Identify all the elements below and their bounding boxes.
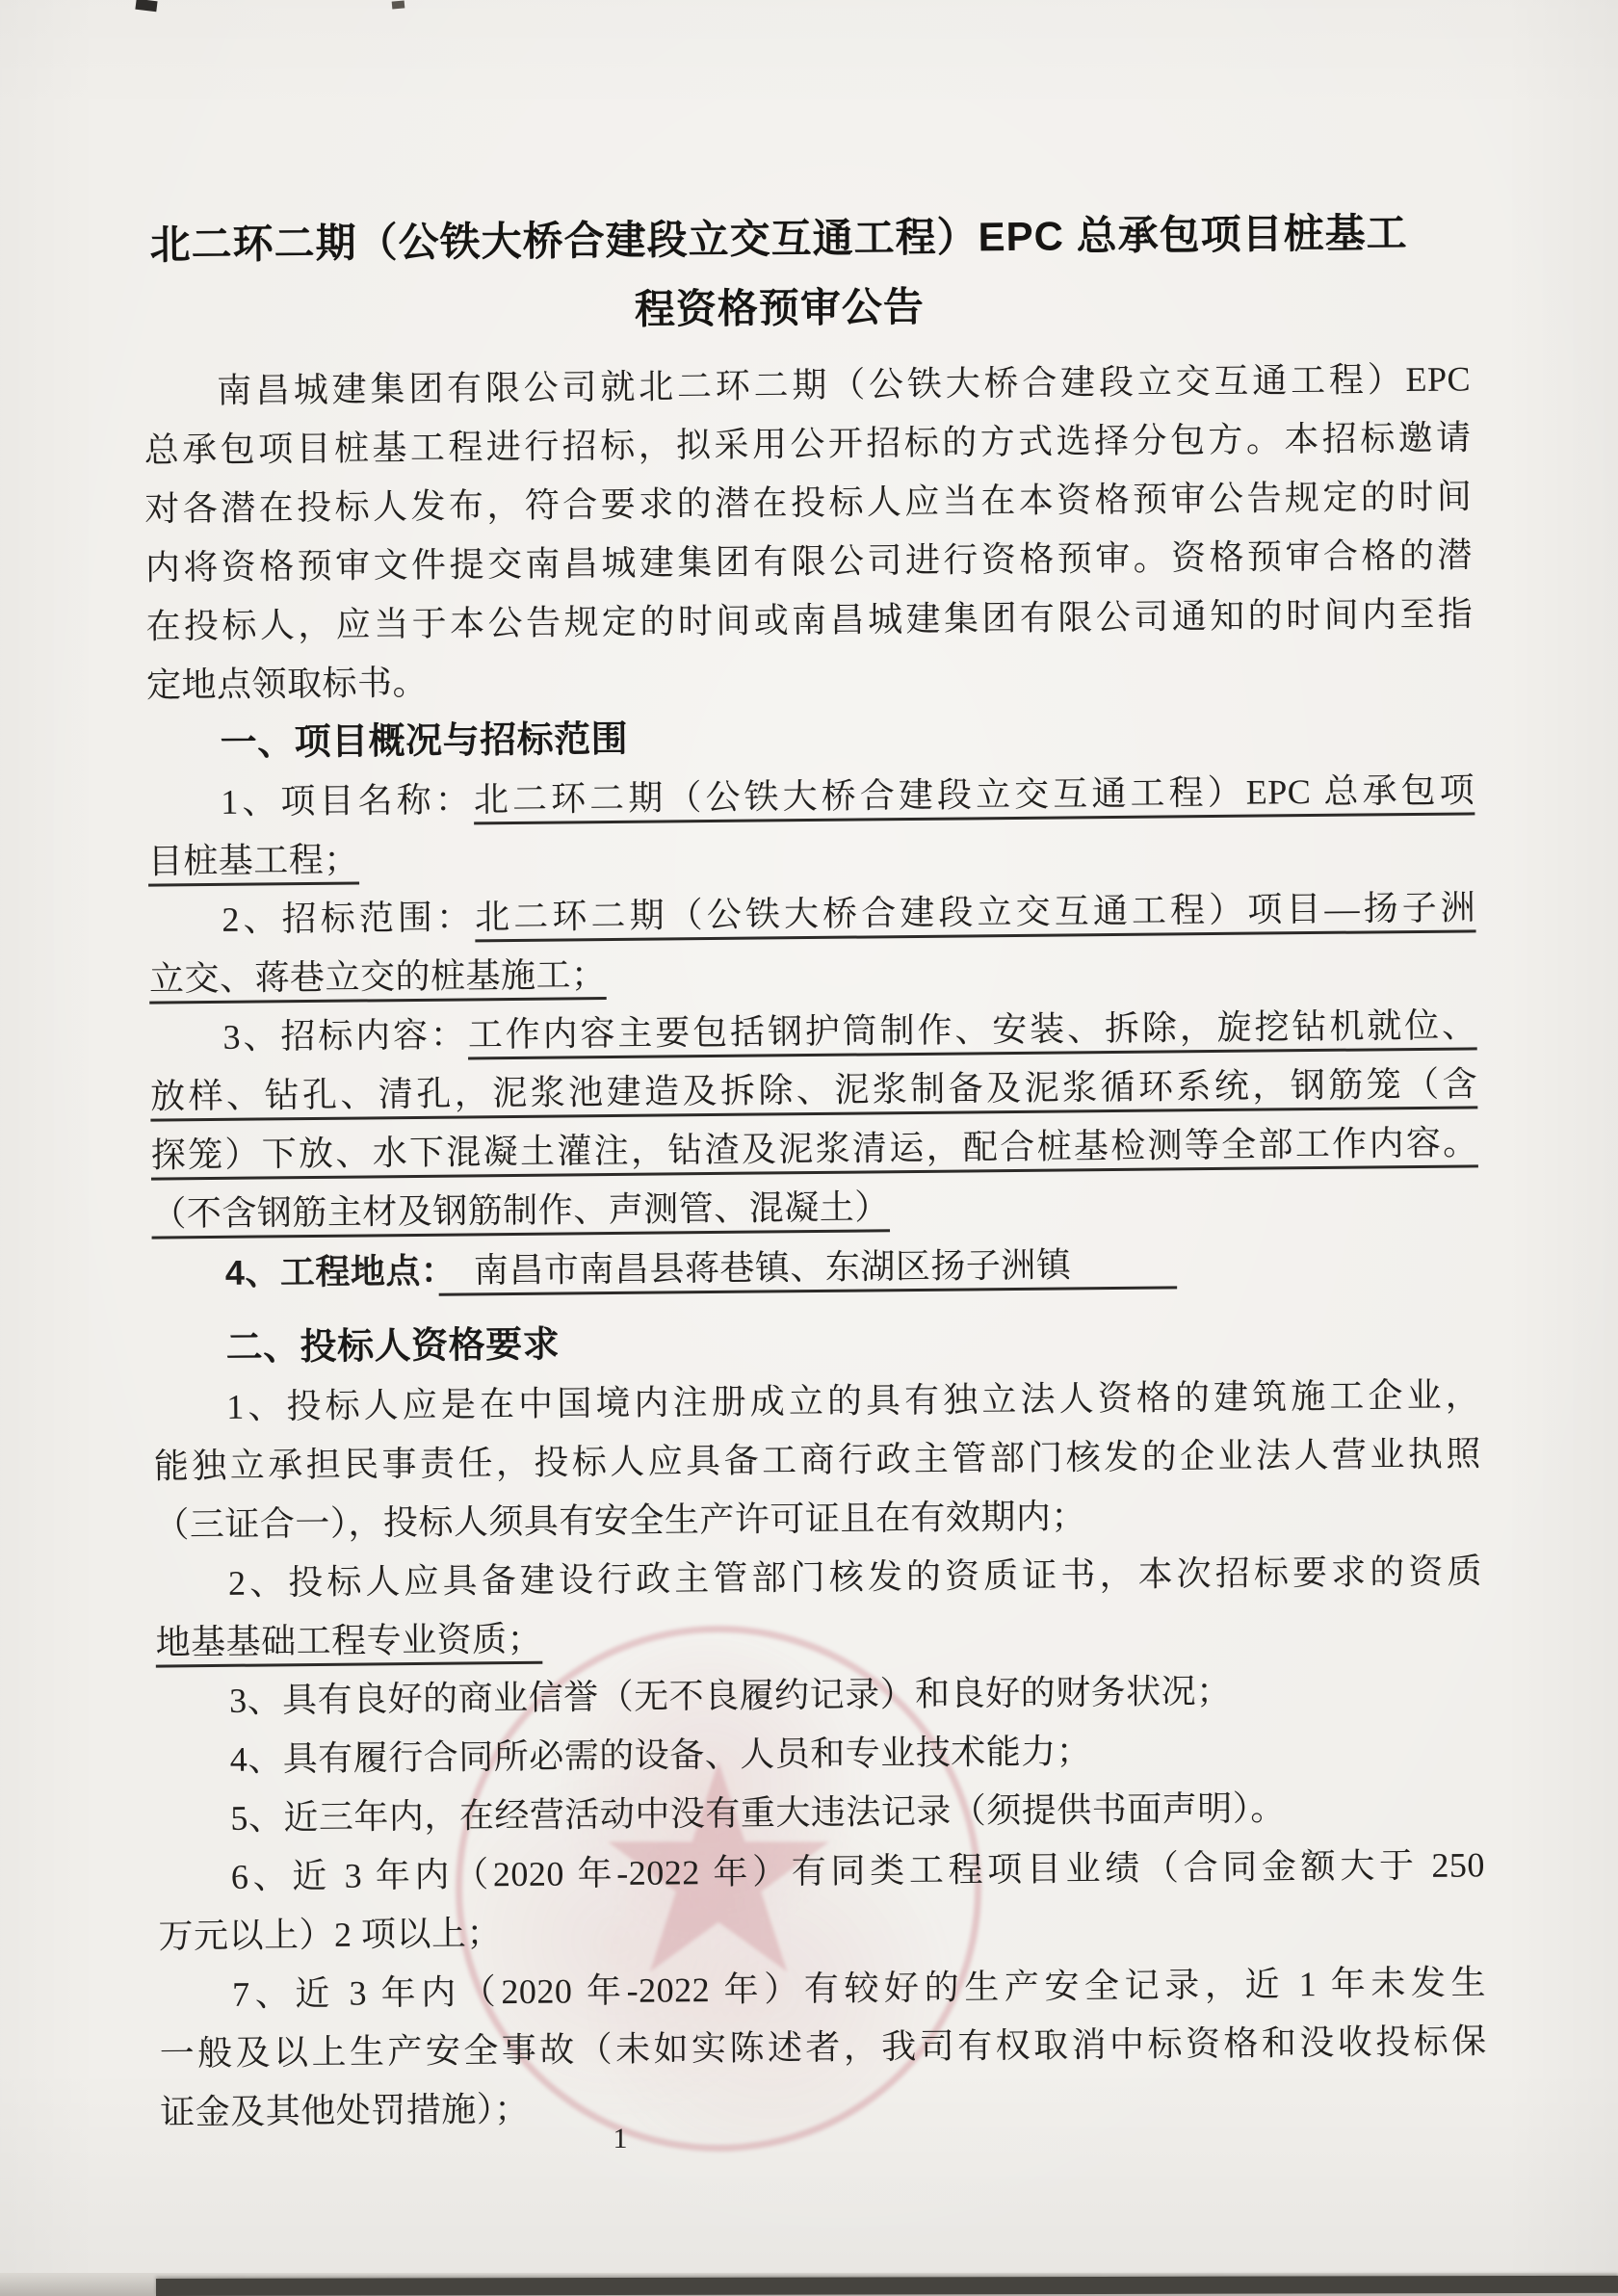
text-segment: 4、具有履行合同所必需的设备、人员和专业技术能力；: [230, 1732, 1092, 1779]
text-segment: 程资格预审公告: [635, 284, 925, 332]
text-segment: 一般及以上生产安全事故（未如实陈述者，我司有权取消中标资格和没收投标保: [160, 2022, 1487, 2073]
text-segment: 能独立承担民事责任，投标人应具备工商行政主管部门核发的企业法人营业执照: [154, 1434, 1481, 1485]
text-segment: 3、具有良好的商业信誉（无不良履约记录）和良好的财务状况；: [229, 1672, 1232, 1720]
underlined-text: 工作内容主要包括钢护筒制作、安装、拆除，旋挖钻机就位、: [468, 1005, 1477, 1054]
text-segment: 7、近 3 年内（2020 年-2022 年）有较好的生产安全记录，近 1 年未…: [232, 1963, 1486, 2013]
page-number: 1: [591, 2123, 649, 2155]
text-segment: 2、招标范围：: [222, 898, 475, 939]
text-segment: 证金及其他处罚措施）；: [160, 2090, 530, 2132]
document-text: 北二环二期（公铁大桥合建段立交互通工程）EPC 总承包项目桩基工程资格预审公告南…: [142, 197, 1487, 2142]
text-segment: 总承包项目桩基工程进行招标，拟采用公开招标的方式选择分包方。本招标邀请: [144, 418, 1472, 469]
doc-title-line: 程资格预审公告: [143, 267, 1471, 349]
underlined-text: 北二环二期（公铁大桥合建段立交互通工程）EPC 总承包项: [474, 770, 1475, 819]
text-segment: 对各潜在投标人发布，符合要求的潜在投标人应当在本资格预审公告规定的时间: [144, 477, 1472, 528]
underlined-text: 北二环二期（公铁大桥合建段立交互通工程）项目—扬子洲: [475, 888, 1476, 936]
doc-line: 4、工程地点： 南昌市南昌县蒋巷镇、东湖区扬子洲镇: [152, 1231, 1480, 1302]
scan-edge-dark-band: [156, 2276, 1618, 2296]
underlined-text: 目桩基工程；: [148, 841, 359, 881]
doc-line: 证金及其他处罚措施）；: [160, 2071, 1488, 2142]
underlined-text: 地基基础工程专业资质；: [155, 1620, 542, 1662]
scanned-document-page: ★ 北二环二期（公铁大桥合建段立交互通工程）EPC 总承包项目桩基工程资格预审公…: [0, 0, 1618, 2296]
text-segment: 内将资格预审文件提交南昌城建集团有限公司进行资格预审。资格预审合格的潜: [145, 535, 1473, 587]
scan-artifact-speck: [135, 0, 157, 12]
text-segment: 5、近三年内，在经营活动中没有重大违法记录（须提供书面声明）。: [230, 1788, 1286, 1838]
underlined-text: 放样、钻孔、清孔，泥浆池建造及拆除、泥浆制备及泥浆循环系统，钢筋笼（含: [150, 1064, 1477, 1115]
text-segment: 在投标人，应当于本公告规定的时间或南昌城建集团有限公司通知的时间内至指: [145, 594, 1473, 645]
doc-title-line: 北二环二期（公铁大桥合建段立交互通工程）EPC 总承包项目桩基工: [142, 197, 1470, 279]
underlined-text: 探笼）下放、水下混凝土灌注，钻渣及泥浆清运，配合桩基检测等全部工作内容。: [151, 1123, 1478, 1174]
text-segment: 2、投标人应具备建设行政主管部门核发的资质证书，本次招标要求的资质: [228, 1552, 1482, 1602]
text-segment: 一、项目概况与招标范围: [220, 719, 628, 764]
underlined-text: （不含钢筋主材及钢筋制作、声测管、混凝土）: [151, 1187, 890, 1233]
text-segment: 北二环二期（公铁大桥合建段立交互通工程）EPC 总承包项目桩基工: [149, 210, 1407, 268]
text-segment: 1、项目名称：: [221, 780, 474, 822]
text-segment: 4、工程地点：: [225, 1251, 439, 1292]
underlined-text: 立交、蒋巷立交的桩基施工；: [149, 955, 607, 999]
scan-artifact-speck: [392, 0, 405, 9]
text-segment: 3、招标内容：: [222, 1015, 468, 1056]
text-segment: （三证合一），投标人须具有安全生产许可证且在有效期内；: [154, 1497, 1086, 1544]
underlined-text: 南昌市南昌县蒋巷镇、东湖区扬子洲镇: [438, 1244, 1177, 1290]
text-segment: 南昌城建集团有限公司就北二环二期（公铁大桥合建段立交互通工程）EPC: [217, 359, 1471, 409]
text-segment: 万元以上）2 项以上；: [158, 1914, 502, 1955]
text-segment: 1、投标人应是在中国境内注册成立的具有独立法人资格的建筑施工企业，: [226, 1375, 1480, 1425]
text-segment: 二、投标人资格要求: [225, 1325, 560, 1369]
text-segment: 6、近 3 年内（2020 年-2022 年）有同类工程项目业绩（合同金额大于 …: [231, 1845, 1485, 1895]
text-segment: 定地点领取标书。: [146, 664, 428, 705]
